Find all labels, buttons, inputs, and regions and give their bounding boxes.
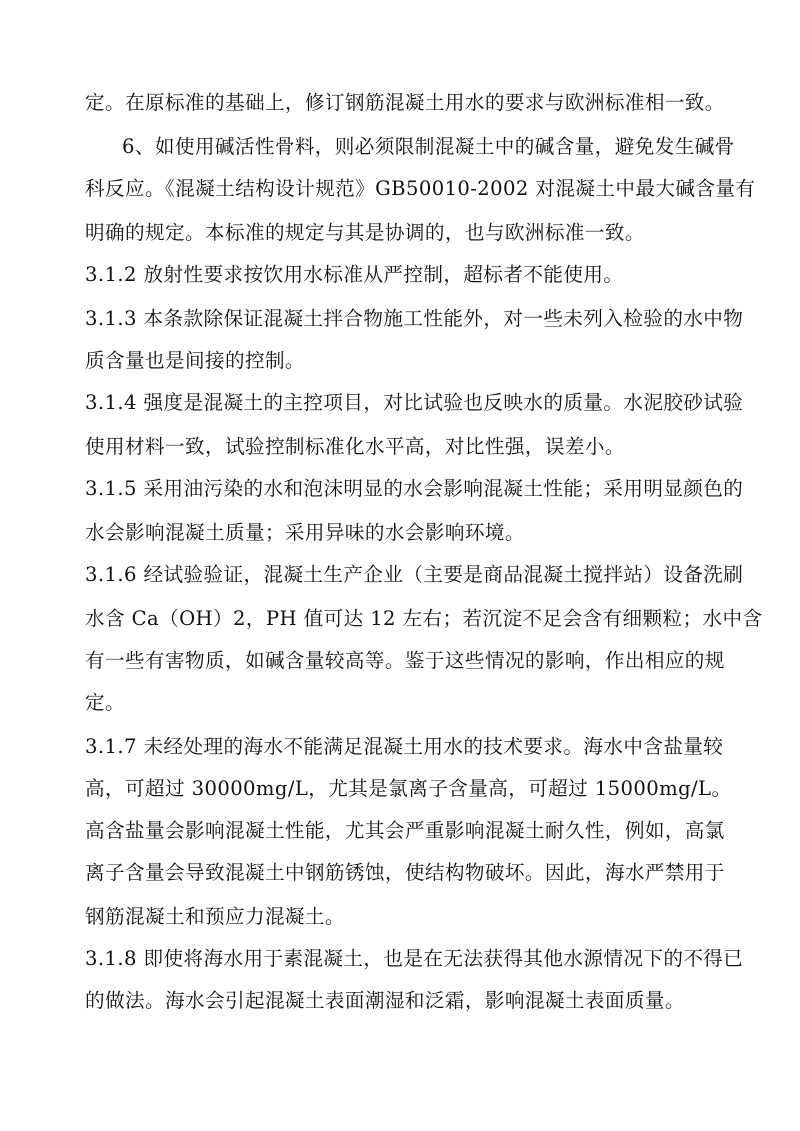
text-line-1: 定。在原标准的基础上，修订钢筋混凝土用水的要求与欧洲标准相一致。: [85, 89, 713, 117]
text-line-15: 定。: [85, 689, 713, 717]
text-line-4: 明确的规定。本标准的规定与其是协调的，也与欧洲标准一致。: [85, 219, 713, 247]
text-line-22: 的做法。海水会引起混凝土表面潮湿和泛霜，影响混凝土表面质量。: [85, 987, 713, 1015]
section-3-1-4: 3.1.4 强度是混凝土的主控项目，对比试验也反映水的质量。水泥胶砂试验: [85, 389, 713, 417]
section-3-1-7: 3.1.7 未经处理的海水不能满足混凝土用水的技术要求。海水中含盐量较: [85, 733, 713, 761]
text-line-19: 离子含量会导致混凝土中钢筋锈蚀，使结构物破坏。因此，海水严禁用于: [85, 859, 713, 887]
text-line-7: 质含量也是间接的控制。: [85, 347, 713, 375]
text-line-18: 高含盐量会影响混凝土性能，尤其会严重影响混凝土耐久性，例如，高氯: [85, 817, 713, 845]
section-3-1-6: 3.1.6 经试验验证，混凝土生产企业（主要是商品混凝土搅拌站）设备洗刷: [85, 561, 713, 589]
text-line-14: 有一些有害物质，如碱含量较高等。鉴于这些情况的影响，作出相应的规: [85, 647, 713, 675]
text-line-20: 钢筋混凝土和预应力混凝土。: [85, 903, 713, 931]
section-3-1-5: 3.1.5 采用油污染的水和泡沫明显的水会影响混凝土性能；采用明显颜色的: [85, 475, 713, 503]
text-line-9: 使用材料一致，试验控制标准化水平高，对比性强，误差小。: [85, 433, 713, 461]
section-3-1-8: 3.1.8 即使将海水用于素混凝土，也是在无法获得其他水源情况下的不得已: [85, 945, 713, 973]
text-line-3: 科反应。《混凝土结构设计规范》GB50010-2002 对混凝土中最大碱含量有: [85, 175, 713, 203]
text-line-11: 水会影响混凝土质量；采用异味的水会影响环境。: [85, 519, 713, 547]
text-line-13: 水含 Ca（OH）2，PH 值可达 12 左右；若沉淀不足会含有细颗粒；水中含: [85, 605, 713, 633]
text-line-2: 6、如使用碱活性骨料，则必须限制混凝土中的碱含量，避免发生碱骨: [122, 133, 713, 161]
text-line-17: 高，可超过 30000mg/L，尤其是氯离子含量高，可超过 15000mg/L。: [85, 775, 713, 803]
section-3-1-3: 3.1.3 本条款除保证混凝土拌合物施工性能外，对一些未列入检验的水中物: [85, 305, 713, 333]
document-page: 定。在原标准的基础上，修订钢筋混凝土用水的要求与欧洲标准相一致。 6、如使用碱活…: [0, 0, 800, 1131]
section-3-1-2: 3.1.2 放射性要求按饮用水标准从严控制，超标者不能使用。: [85, 261, 713, 289]
